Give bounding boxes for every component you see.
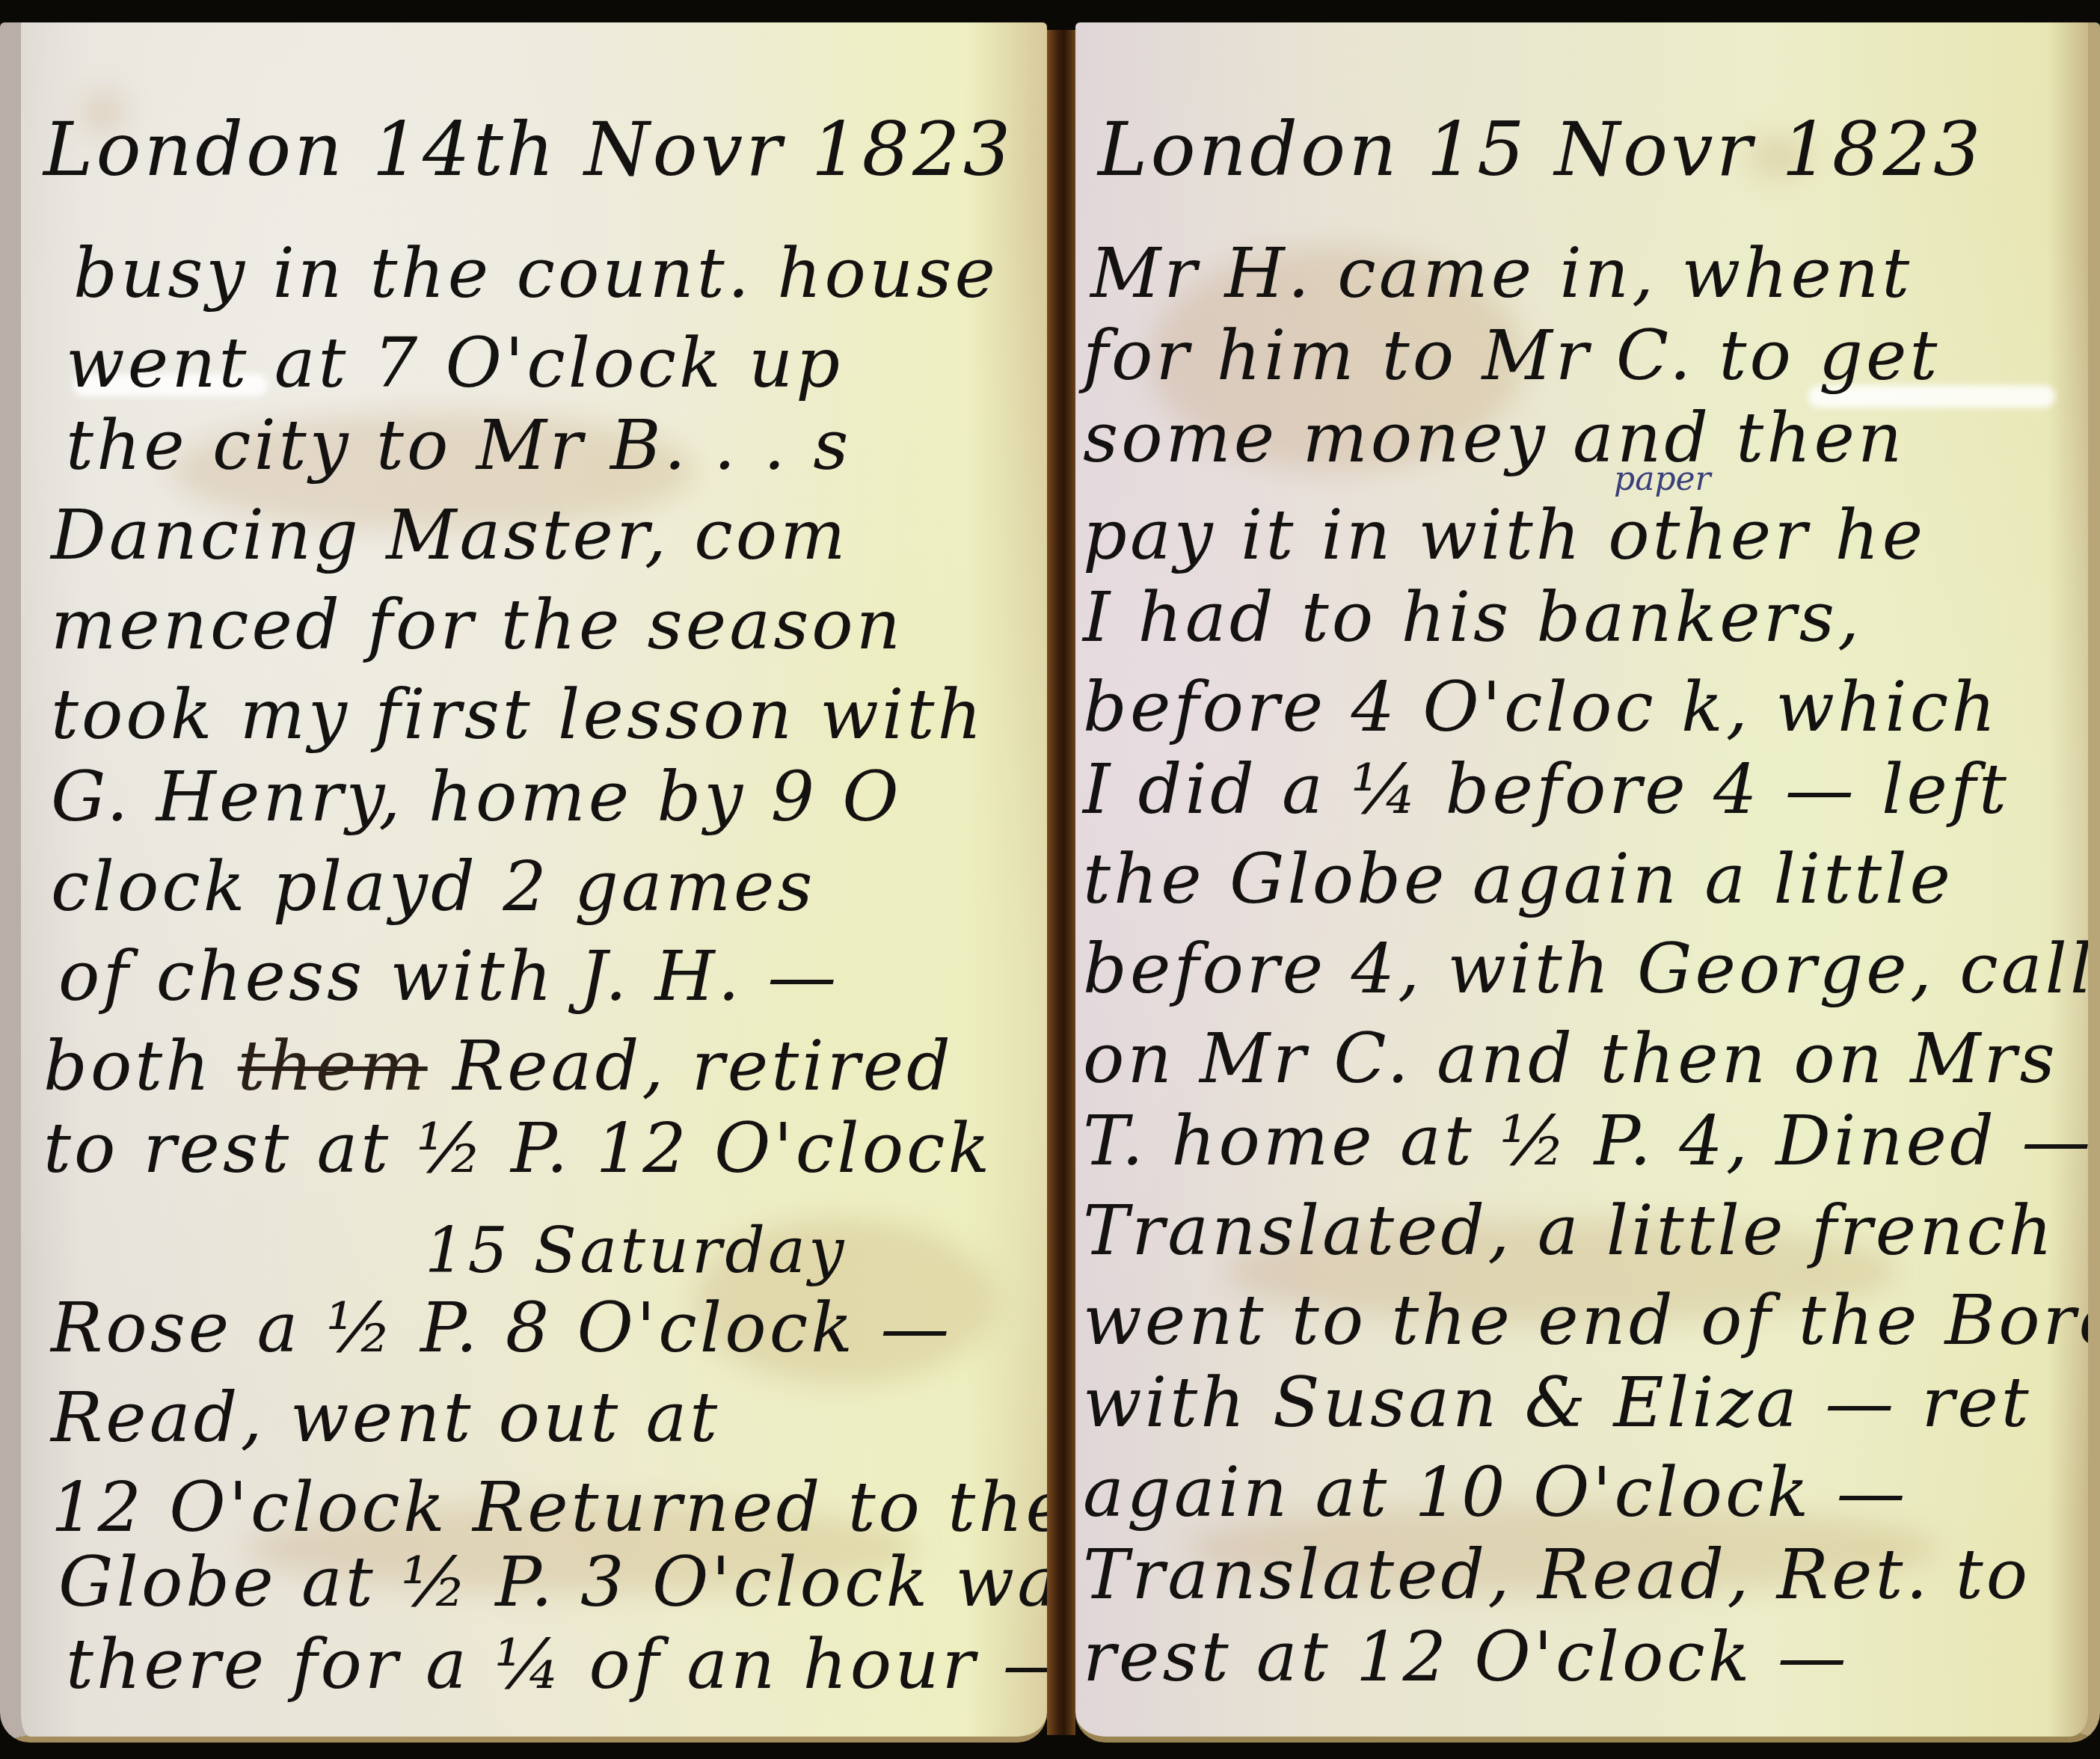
text-line: again at 10 O'clock — [1083, 1458, 1908, 1527]
book-spine-gutter [1047, 30, 1075, 1735]
text-line: Read, went out at [51, 1384, 720, 1452]
text-line: before 4 O'cloc k, which [1083, 673, 1998, 742]
text-line: Rose a ½ P. 8 O'clock — [51, 1294, 952, 1363]
text-line: the Globe again a little [1083, 845, 1953, 914]
text-line: Globe at ½ P. 3 O'clock waited [58, 1548, 1047, 1617]
entry-heading: London 15 Novr 1823 [1098, 112, 1984, 187]
text-line: before 4, with George, called [1083, 935, 2100, 1004]
text-line: to rest at ½ P. 12 O'clock [43, 1114, 992, 1183]
text-line: some money and then [1083, 404, 1905, 473]
text-line: menced for the season [51, 591, 903, 660]
text-line: clock playd 2 games [51, 853, 816, 921]
text-line: G. Henry, home by 9 O [51, 763, 902, 832]
entry-heading: London 14th Novr 1823 [43, 112, 1013, 187]
text-line: the city to Mr B. . . s [66, 411, 851, 480]
open-diary: London 14th Novr 1823 busy in the count.… [0, 0, 2100, 1759]
text-line: Translated, Read, Ret. to [1083, 1541, 2030, 1609]
text-line-with-strikethrough: both them Read, retired [43, 1032, 954, 1101]
text-line: Translated, a little french [1083, 1197, 2055, 1265]
text-line: took my first lesson with [51, 681, 985, 749]
text-line: went at 7 O'clock up [66, 329, 843, 398]
left-page: London 14th Novr 1823 busy in the count.… [0, 22, 1047, 1743]
text-line: of chess with J. H. — [58, 942, 839, 1011]
text-line: I had to his bankers, [1083, 583, 1862, 652]
text-line: Dancing Master, com [51, 501, 848, 570]
struck-out-word: them [238, 1026, 428, 1106]
text-line: 12 O'clock Returned to the [51, 1473, 1047, 1542]
text-line: I did a ¼ before 4 — left [1083, 755, 2010, 824]
inserted-word-annotation: paper [1614, 460, 1711, 498]
text-line: busy in the count. house [73, 239, 998, 308]
text-line: pay it in with other he [1083, 501, 1926, 570]
text-line: for him to Mr C. to get [1083, 322, 1940, 390]
text-line: there for a ¼ of an hour — [66, 1630, 1047, 1699]
right-page: London 15 Novr 1823 Mr H. came in, whent… [1075, 22, 2100, 1743]
text-line: Mr H. came in, whent [1090, 239, 1912, 308]
text-line: went to the end of the Boro [1083, 1286, 2100, 1355]
left-page-text: London 14th Novr 1823 busy in the count.… [21, 22, 1047, 1737]
text-line: T. home at ½ P. 4, Dined — [1083, 1107, 2093, 1176]
right-page-text: London 15 Novr 1823 Mr H. came in, whent… [1075, 22, 2088, 1737]
text-line: on Mr C. and then on Mrs [1083, 1025, 2058, 1093]
text-line: with Susan & Eliza — ret [1083, 1369, 2032, 1437]
text-line: rest at 12 O'clock — [1083, 1623, 1849, 1692]
entry-subheading: 15 Saturday [425, 1219, 847, 1282]
